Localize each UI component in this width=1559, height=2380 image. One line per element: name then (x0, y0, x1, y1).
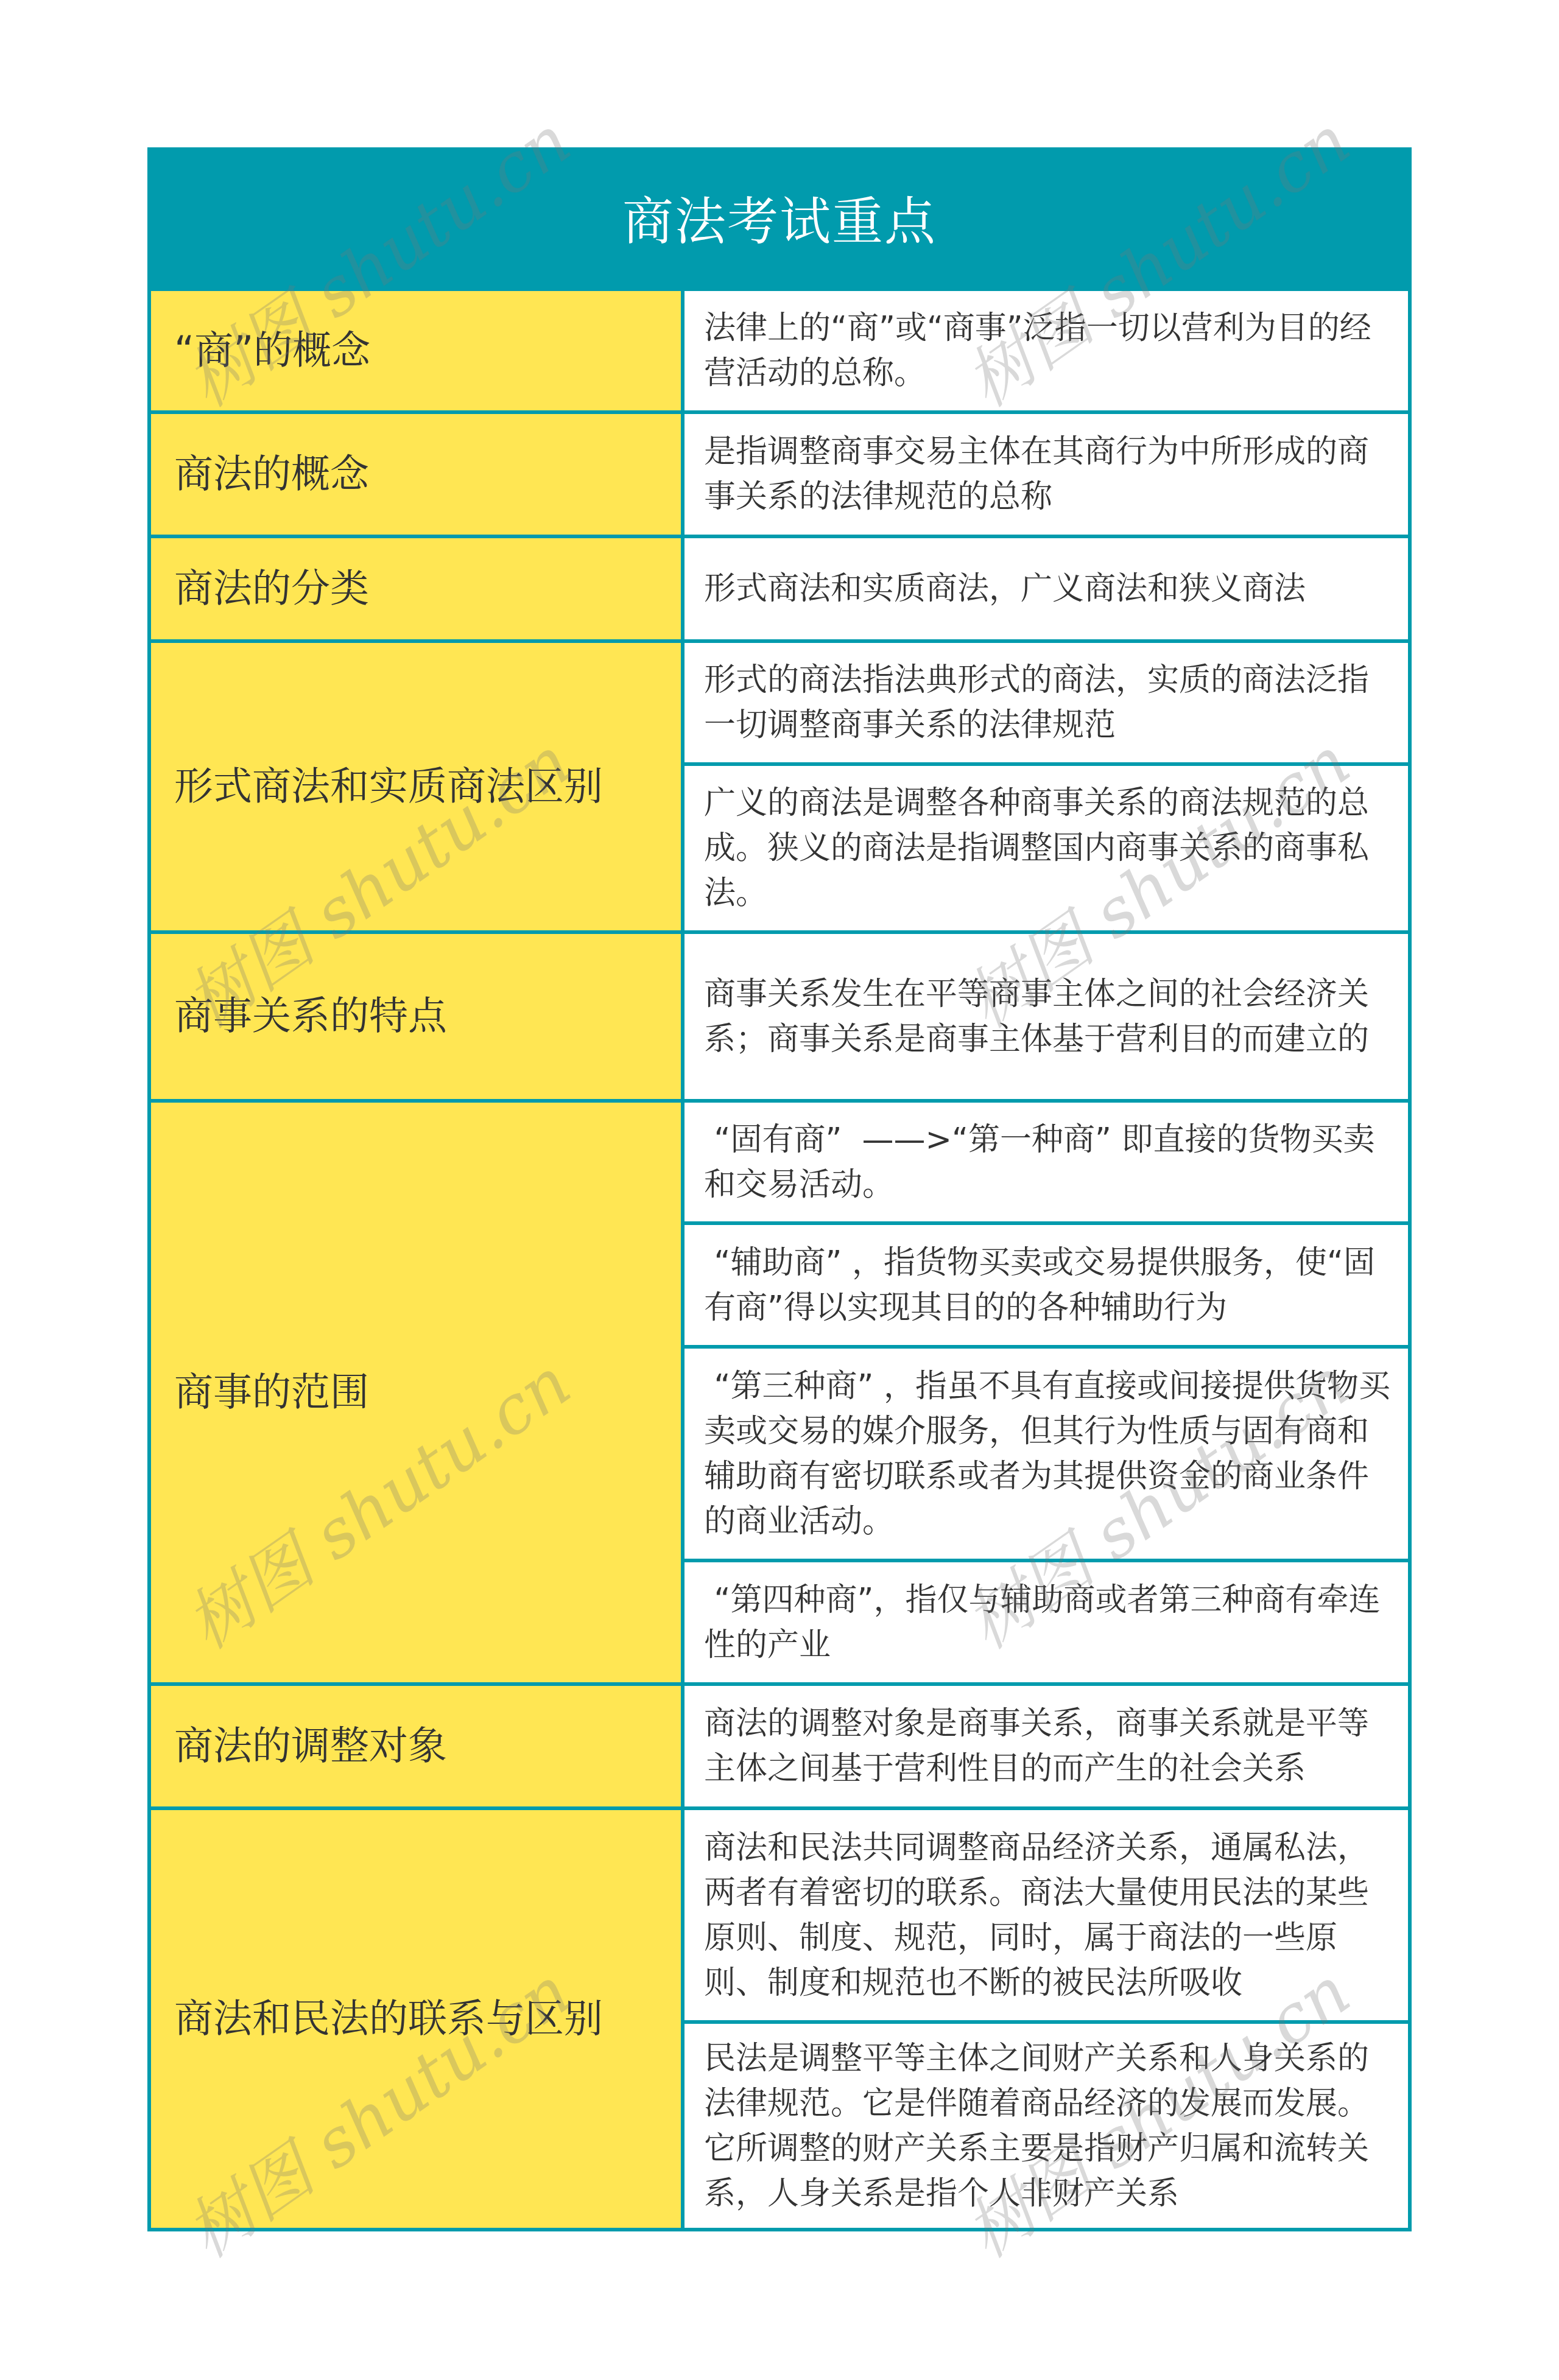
row-content-text: “辅助商” ，指货物买卖或交易提供服务，使“固有商”得以实现其目的的各种辅助行为 (704, 1240, 1393, 1330)
row-label: 商法的调整对象 (151, 1686, 681, 1806)
row-label: 商法和民法的联系与区别 (151, 1810, 681, 2228)
row-content: 商法的调整对象是商事关系，商事关系就是平等主体之间基于营利性目的而产生的社会关系 (684, 1686, 1408, 1806)
row-content-text: “固有商” ——>“第一种商” 即直接的货物买卖和交易活动。 (704, 1117, 1393, 1207)
row-content: 广义的商法是调整各种商事关系的商法规范的总成。狭义的商法是指调整国内商事关系的商… (684, 766, 1408, 930)
table-header: 商法考试重点 (147, 147, 1412, 287)
row-content-text: “第四种商”，指仅与辅助商或者第三种商有牵连性的产业 (704, 1578, 1393, 1668)
row-label-text: 商事关系的特点 (174, 993, 447, 1040)
row-label-text: 商事的范围 (174, 1369, 369, 1416)
row-label-text: 商法的调整对象 (174, 1723, 447, 1770)
row-content: 商事关系发生在平等商事主体之间的社会经济关系；商事关系是商事主体基于营利目的而建… (684, 934, 1408, 1099)
row-content: 形式的商法指法典形式的商法，实质的商法泛指一切调整商事关系的法律规范 (684, 643, 1408, 762)
row-content: “第四种商”，指仅与辅助商或者第三种商有牵连性的产业 (684, 1562, 1408, 1682)
row-content-text: “第三种商” ，指虽不具有直接或间接提供货物买卖或交易的媒介服务，但其行为性质与… (704, 1364, 1393, 1544)
row-label: 商事关系的特点 (151, 934, 681, 1099)
row-content: 形式商法和实质商法，广义商法和狭义商法 (684, 538, 1408, 639)
row-content-text: 广义的商法是调整各种商事关系的商法规范的总成。狭义的商法是指调整国内商事关系的商… (704, 781, 1393, 916)
row-content-text: 商事关系发生在平等商事主体之间的社会经济关系；商事关系是商事主体基于营利目的而建… (704, 972, 1393, 1062)
row-content: “第三种商” ，指虽不具有直接或间接提供货物买卖或交易的媒介服务，但其行为性质与… (684, 1349, 1408, 1559)
row-label: 商事的范围 (151, 1103, 681, 1682)
row-content-text: 商法的调整对象是商事关系，商事关系就是平等主体之间基于营利性目的而产生的社会关系 (704, 1701, 1393, 1791)
row-content: 法律上的“商”或“商事”泛指一切以营利为目的经营活动的总称。 (684, 291, 1408, 410)
row-content: 民法是调整平等主体之间财产关系和人身关系的法律规范。它是伴随着商品经济的发展而发… (684, 2024, 1408, 2228)
row-content-text: 形式的商法指法典形式的商法，实质的商法泛指一切调整商事关系的法律规范 (704, 658, 1393, 748)
row-label-text: 商法的概念 (174, 451, 369, 498)
row-content-text: 法律上的“商”或“商事”泛指一切以营利为目的经营活动的总称。 (704, 306, 1393, 396)
row-content: “辅助商” ，指货物买卖或交易提供服务，使“固有商”得以实现其目的的各种辅助行为 (684, 1225, 1408, 1345)
row-content: 是指调整商事交易主体在其商行为中所形成的商事关系的法律规范的总称 (684, 414, 1408, 535)
row-label-text: 形式商法和实质商法区别 (174, 763, 603, 810)
row-content-text: 民法是调整平等主体之间财产关系和人身关系的法律规范。它是伴随着商品经济的发展而发… (704, 2036, 1393, 2216)
row-label: 商法的分类 (151, 538, 681, 639)
page-title: 商法考试重点 (622, 181, 937, 254)
row-label-text: 商法的分类 (174, 566, 369, 613)
knowledge-table: 商法考试重点 “商”的概念 法律上的“商”或“商事”泛指一切以营利为目的经营活动… (147, 147, 1412, 2231)
row-content: “固有商” ——>“第一种商” 即直接的货物买卖和交易活动。 (684, 1103, 1408, 1221)
row-label-text: “商”的概念 (174, 328, 370, 374)
row-label: 商法的概念 (151, 414, 681, 535)
row-content-text: 是指调整商事交易主体在其商行为中所形成的商事关系的法律规范的总称 (704, 429, 1393, 519)
row-content-text: 形式商法和实质商法，广义商法和狭义商法 (704, 566, 1306, 611)
row-content-text: 商法和民法共同调整商品经济关系，通属私法，两者有着密切的联系。商法大量使用民法的… (704, 1825, 1393, 2006)
row-label-text: 商法和民法的联系与区别 (174, 1996, 603, 2043)
row-label: 形式商法和实质商法区别 (151, 643, 681, 930)
row-content: 商法和民法共同调整商品经济关系，通属私法，两者有着密切的联系。商法大量使用民法的… (684, 1810, 1408, 2020)
row-label: “商”的概念 (151, 291, 681, 410)
